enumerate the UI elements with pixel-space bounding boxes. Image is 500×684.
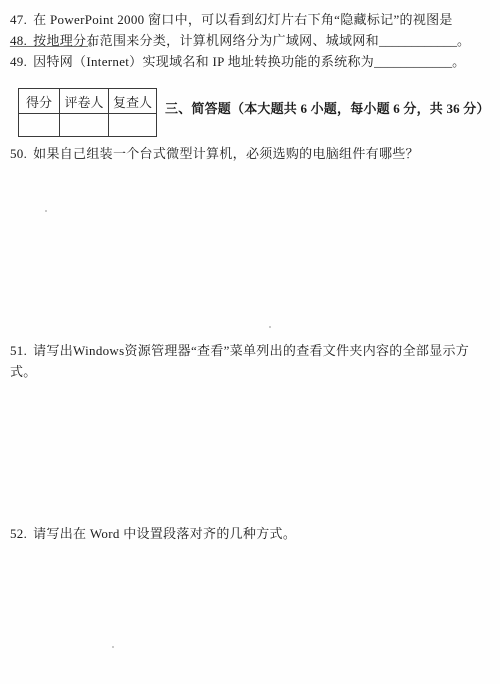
question-48-number: 48. xyxy=(10,30,27,51)
question-50: 50.如果自己组装一个台式微型计算机，必须选购的电脑组件有哪些？ xyxy=(10,143,492,164)
question-49: 49.因特网（Internet）实现域名和 IP 地址转换功能的系统称为____… xyxy=(10,51,492,72)
question-49-period: 。 xyxy=(452,54,465,69)
question-49-number: 49. xyxy=(10,51,27,72)
question-50-text: 如果自己组装一个台式微型计算机，必须选购的电脑组件有哪些？ xyxy=(33,146,419,161)
exam-paper-page: 47.在 PowerPoint 2000 窗口中，可以看到幻灯片右下角“隐藏标记… xyxy=(0,0,500,684)
question-50-number: 50. xyxy=(10,143,27,164)
scan-speck xyxy=(112,646,114,648)
score-table-header-score: 得分 xyxy=(19,89,60,114)
question-48: 48.按地理分布范围来分类，计算机网络分为广域网、城域网和___________… xyxy=(10,30,492,51)
question-48-blank: ____________ xyxy=(379,33,457,48)
scan-speck xyxy=(45,210,47,212)
question-52: 52.请写出在 Word 中设置段落对齐的几种方式。 xyxy=(10,523,492,544)
score-table: 得分 评卷人 复查人 xyxy=(18,88,157,137)
score-table-header-row: 得分 评卷人 复查人 xyxy=(19,89,157,114)
score-table-cell-reviewer xyxy=(109,114,157,137)
question-51: 51.请写出Windows资源管理器“查看”菜单列出的查看文件夹内容的全部显示方… xyxy=(10,340,492,382)
question-48-text: 按地理分布范围来分类，计算机网络分为广域网、城域网和 xyxy=(33,33,379,48)
question-49-text: 因特网（Internet）实现域名和 IP 地址转换功能的系统称为 xyxy=(33,54,374,69)
section-heading: 三、简答题（本大题共 6 小题，每小题 6 分，共 36 分） xyxy=(165,100,495,118)
question-52-text: 请写出在 Word 中设置段落对齐的几种方式。 xyxy=(33,526,296,541)
question-51-number: 51. xyxy=(10,340,27,361)
question-49-blank: ____________ xyxy=(374,54,452,69)
score-table-header-reviewer: 复查人 xyxy=(109,89,157,114)
question-48-period: 。 xyxy=(457,33,470,48)
question-47-text: 在 PowerPoint 2000 窗口中，可以看到幻灯片右下角“隐藏标记”的视… xyxy=(33,12,453,27)
scan-speck xyxy=(269,326,271,328)
score-table-cell-score xyxy=(19,114,60,137)
question-52-number: 52. xyxy=(10,523,27,544)
score-table-empty-row xyxy=(19,114,157,137)
score-table-cell-grader xyxy=(60,114,109,137)
question-51-text: 请写出Windows资源管理器“查看”菜单列出的查看文件夹内容的全部显示方式。 xyxy=(10,343,469,379)
question-47-number: 47. xyxy=(10,9,27,30)
score-table-header-grader: 评卷人 xyxy=(60,89,109,114)
